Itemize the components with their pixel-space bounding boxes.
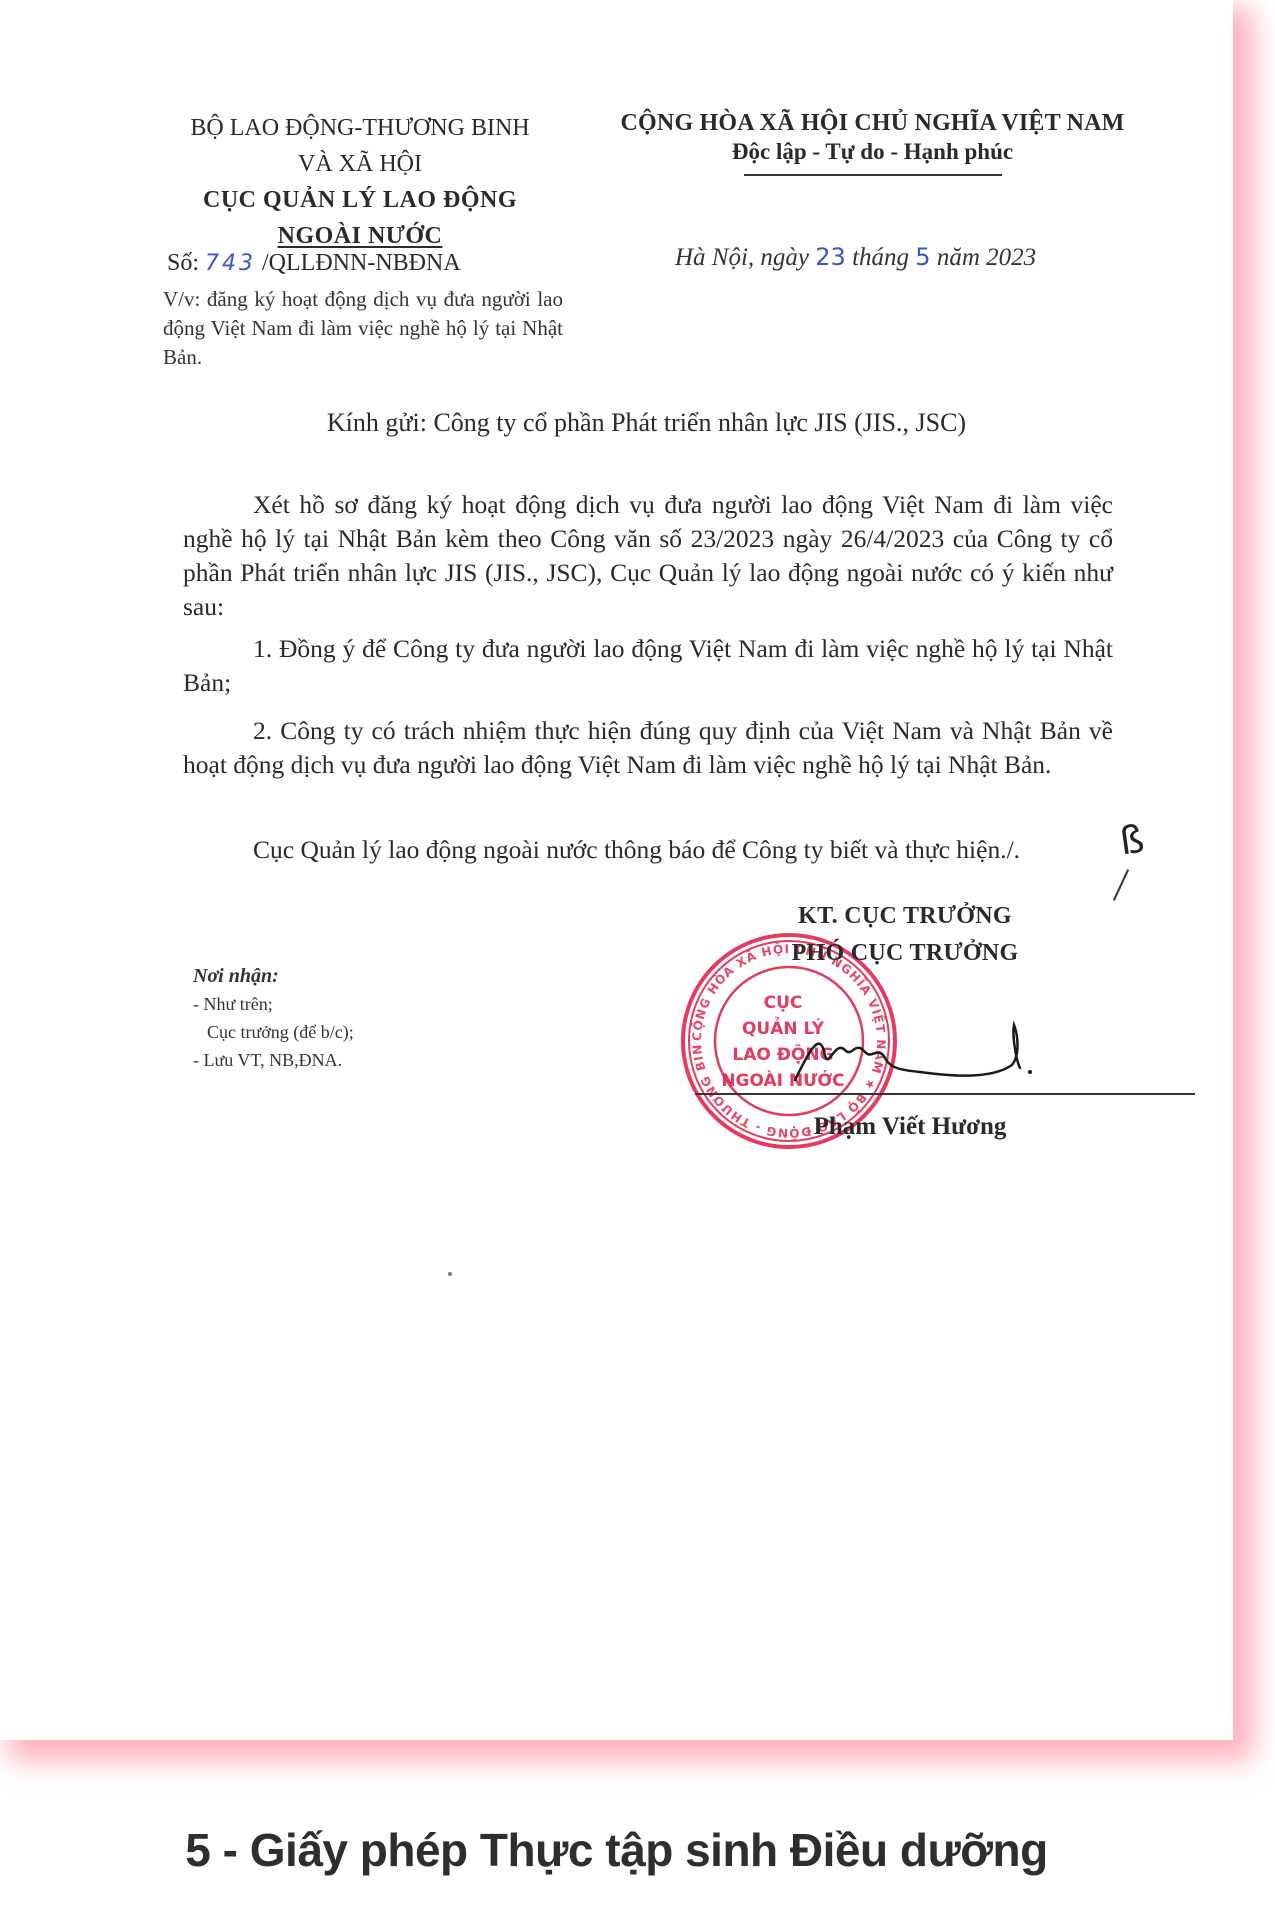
- date-year: năm 2023: [937, 244, 1036, 271]
- national-header: CỘNG HÒA XÃ HỘI CHỦ NGHĨA VIỆT NAM Độc l…: [575, 110, 1170, 176]
- initials-mark-icon: ß: [1117, 817, 1147, 864]
- receivers-title: Nơi nhận:: [193, 962, 354, 990]
- handwritten-signature-icon: [790, 1010, 1050, 1100]
- paragraph-item-1: 1. Đồng ý để Công ty đưa người lao động …: [183, 632, 1113, 700]
- date-month-label: tháng: [852, 244, 909, 271]
- signature-title: KT. CỤC TRƯỞNG PHÓ CỤC TRƯỞNG: [735, 898, 1075, 972]
- department-line1: CỤC QUẢN LÝ LAO ĐỘNG: [150, 182, 570, 218]
- number-suffix: /QLLĐNN-NBĐNA: [262, 250, 461, 276]
- number-label: Số:: [167, 250, 199, 276]
- document-number: Số: 743 /QLLĐNN-NBĐNA: [167, 250, 461, 277]
- paragraph-intro: Xét hồ sơ đăng ký hoạt động dịch vụ đưa …: [183, 488, 1113, 624]
- signature-line: [695, 1093, 1195, 1095]
- issue-date: Hà Nội, ngày 23 tháng 5 năm 2023: [675, 243, 1036, 272]
- date-day: 23: [815, 243, 846, 271]
- subject-line: V/v: đăng ký hoạt động dịch vụ đưa người…: [163, 285, 563, 372]
- date-month: 5: [915, 243, 930, 271]
- initials-stroke: [1113, 869, 1129, 901]
- signature-title-line1: KT. CỤC TRƯỞNG: [735, 898, 1075, 935]
- paragraph-item-2: 2. Công ty có trách nhiệm thực hiện đúng…: [183, 714, 1113, 782]
- national-motto: Độc lập - Tự do - Hạnh phúc: [575, 139, 1170, 165]
- receivers-list: Nơi nhận: - Như trên; Cục trưởng (để b/c…: [193, 962, 354, 1074]
- receiver-item: Cục trưởng (để b/c);: [193, 1018, 354, 1046]
- scan-speck: [448, 1272, 452, 1276]
- department-line2: NGOÀI NƯỚC: [278, 223, 443, 249]
- motto-underline: [744, 174, 1002, 176]
- paragraph-closing: Cục Quản lý lao động ngoài nước thông bá…: [183, 833, 1113, 867]
- signature-title-line2: PHÓ CỤC TRƯỞNG: [735, 935, 1075, 972]
- document-page: BỘ LAO ĐỘNG-THƯƠNG BINH VÀ XÃ HỘI CỤC QU…: [0, 0, 1233, 1740]
- ministry-line1: BỘ LAO ĐỘNG-THƯƠNG BINH: [150, 110, 570, 146]
- handwritten-number: 743: [205, 251, 256, 276]
- caption-title: 5 - Giấy phép Thực tập sinh Điều dưỡng: [0, 1823, 1233, 1877]
- country-name: CỘNG HÒA XÃ HỘI CHỦ NGHĨA VIỆT NAM: [575, 110, 1170, 137]
- receiver-item: - Lưu VT, NB,ĐNA.: [193, 1046, 354, 1074]
- recipient-line: Kính gửi: Công ty cổ phần Phát triển nhâ…: [0, 408, 1233, 438]
- receiver-item: - Như trên;: [193, 990, 354, 1018]
- date-prefix: Hà Nội, ngày: [675, 244, 809, 271]
- ministry-line2: VÀ XÃ HỘI: [150, 146, 570, 182]
- signer-name: Phạm Viết Hương: [750, 1113, 1070, 1141]
- issuing-agency-header: BỘ LAO ĐỘNG-THƯƠNG BINH VÀ XÃ HỘI CỤC QU…: [150, 110, 570, 254]
